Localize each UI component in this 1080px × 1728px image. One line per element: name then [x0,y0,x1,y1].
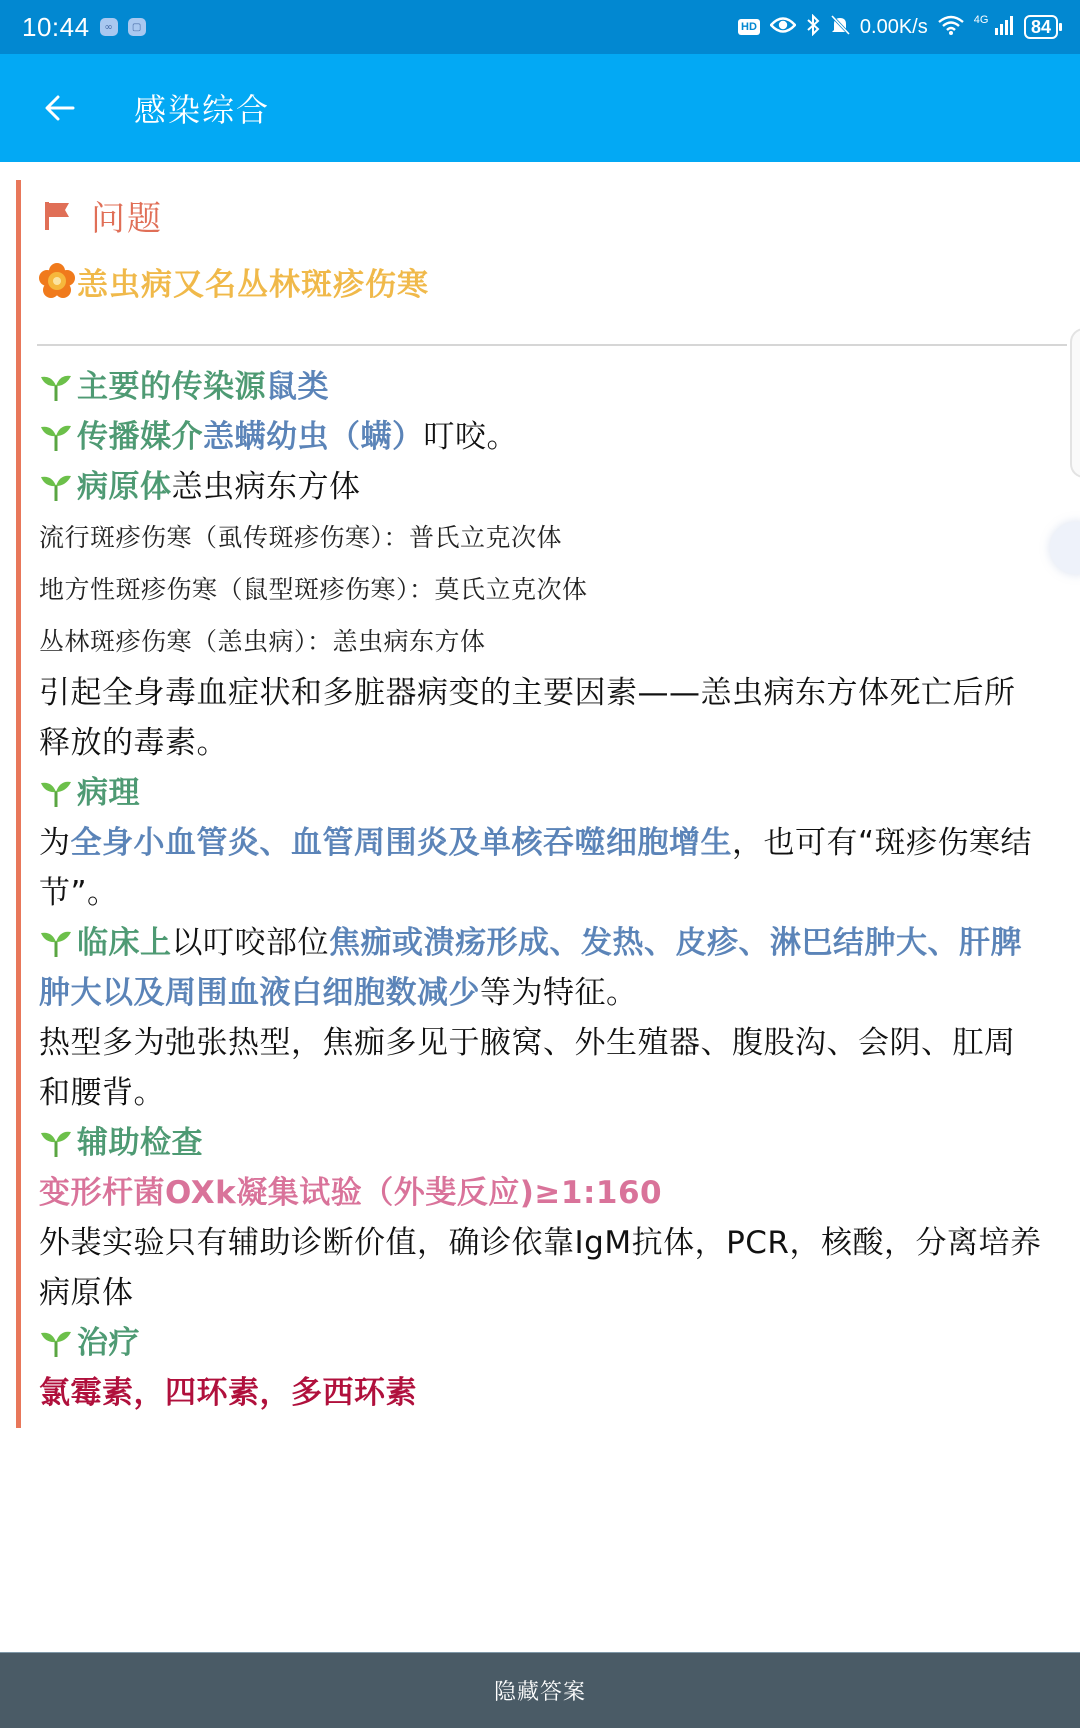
flag-icon [41,199,73,231]
sprout-icon [39,775,73,809]
answer-clinical: 临床上以叮咬部位焦痂或溃疡形成、发热、皮疹、淋巴结肿大、肝脾肿大以及周围血液白细… [39,918,1046,1018]
battery-indicator: 84 [1024,15,1058,39]
content-area[interactable]: 问题 恙虫病又名丛林斑疹伤寒 主要的传染源鼠类 传播媒介恙螨幼虫（螨）叮咬。 病… [0,162,1080,1650]
clock: 10:44 [22,12,90,43]
app-notification-icon: ∞ [100,18,118,36]
answer-pathogen: 病原体恙虫病东方体 [39,462,1046,512]
flower-icon [39,263,75,299]
arrow-left-icon [45,95,75,121]
question-header: 问题 [39,186,1064,244]
answer-pathology: 为全身小血管炎、血管周围炎及单核吞噬细胞增生，也可有“斑疹伤寒结节”。 [39,818,1046,918]
status-bar: 10:44 ∞ ▢ HD 0.00K/s 4G 84 [0,0,1080,54]
lab-test: 变形杆菌OXk凝集试验（外斐反应)≥1:160 [39,1168,1046,1218]
status-bar-right: HD 0.00K/s 4G 84 [738,14,1058,40]
treatment-drugs: 氯霉素，四环素，多西环素 [39,1368,1046,1418]
sprout-icon [39,925,73,959]
toxin-note: 引起全身毒血症状和多脏器病变的主要因素——恙虫病东方体死亡后所释放的毒素。 [39,668,1046,768]
sprout-icon [39,419,73,453]
answer-pathology-heading: 病理 [39,768,1046,818]
answer-source: 主要的传染源鼠类 [39,362,1046,412]
hide-answer-button[interactable]: 隐藏答案 [0,1652,1080,1728]
answer-body: 主要的传染源鼠类 传播媒介恙螨幼虫（螨）叮咬。 病原体恙虫病东方体 流行斑疹伤寒… [39,362,1064,1418]
answer-vector: 传播媒介恙螨幼虫（螨）叮咬。 [39,412,1046,462]
answer-lab-heading: 辅助检查 [39,1118,1046,1168]
page-title: 感染综合 [134,85,270,131]
hd-icon: HD [738,19,760,35]
lab-note: 外裴实验只有辅助诊断价值，确诊依靠IgM抗体，PCR，核酸，分离培养病原体 [39,1218,1046,1318]
side-drawer-handle[interactable] [1070,328,1080,478]
typhus-type: 流行斑疹伤寒（虱传斑疹伤寒）：普氏立克次体 [39,512,1046,564]
sprout-icon [39,369,73,403]
wifi-icon [938,15,964,39]
hide-answer-label: 隐藏答案 [494,1675,586,1706]
status-bar-left: 10:44 ∞ ▢ [22,12,146,43]
question-title: 恙虫病又名丛林斑疹伤寒 [39,256,1064,306]
sprout-icon [39,1325,73,1359]
app-bar: 感染综合 [0,54,1080,162]
typhus-type: 地方性斑疹伤寒（鼠型斑疹伤寒）：莫氏立克次体 [39,564,1046,616]
lock-notification-icon: ▢ [128,18,146,36]
eye-icon [770,16,796,38]
flashcard: 问题 恙虫病又名丛林斑疹伤寒 主要的传染源鼠类 传播媒介恙螨幼虫（螨）叮咬。 病… [16,180,1064,1428]
sprout-icon [39,469,73,503]
question-label: 问题 [91,191,163,240]
clinical-note: 热型多为弛张热型，焦痂多见于腋窝、外生殖器、腹股沟、会阴、肛周和腰背。 [39,1018,1046,1118]
back-button[interactable] [30,78,90,138]
answer-treatment-heading: 治疗 [39,1318,1046,1368]
question-text: 恙虫病又名丛林斑疹伤寒 [77,259,429,304]
network-speed: 0.00K/s [860,16,928,39]
typhus-type: 丛林斑疹伤寒（恙虫病）：恙虫病东方体 [39,616,1046,668]
cellular-signal-icon: 4G [974,15,1014,39]
bell-muted-icon [830,14,850,40]
sprout-icon [39,1125,73,1159]
divider [37,344,1067,346]
bluetooth-icon [806,14,820,40]
